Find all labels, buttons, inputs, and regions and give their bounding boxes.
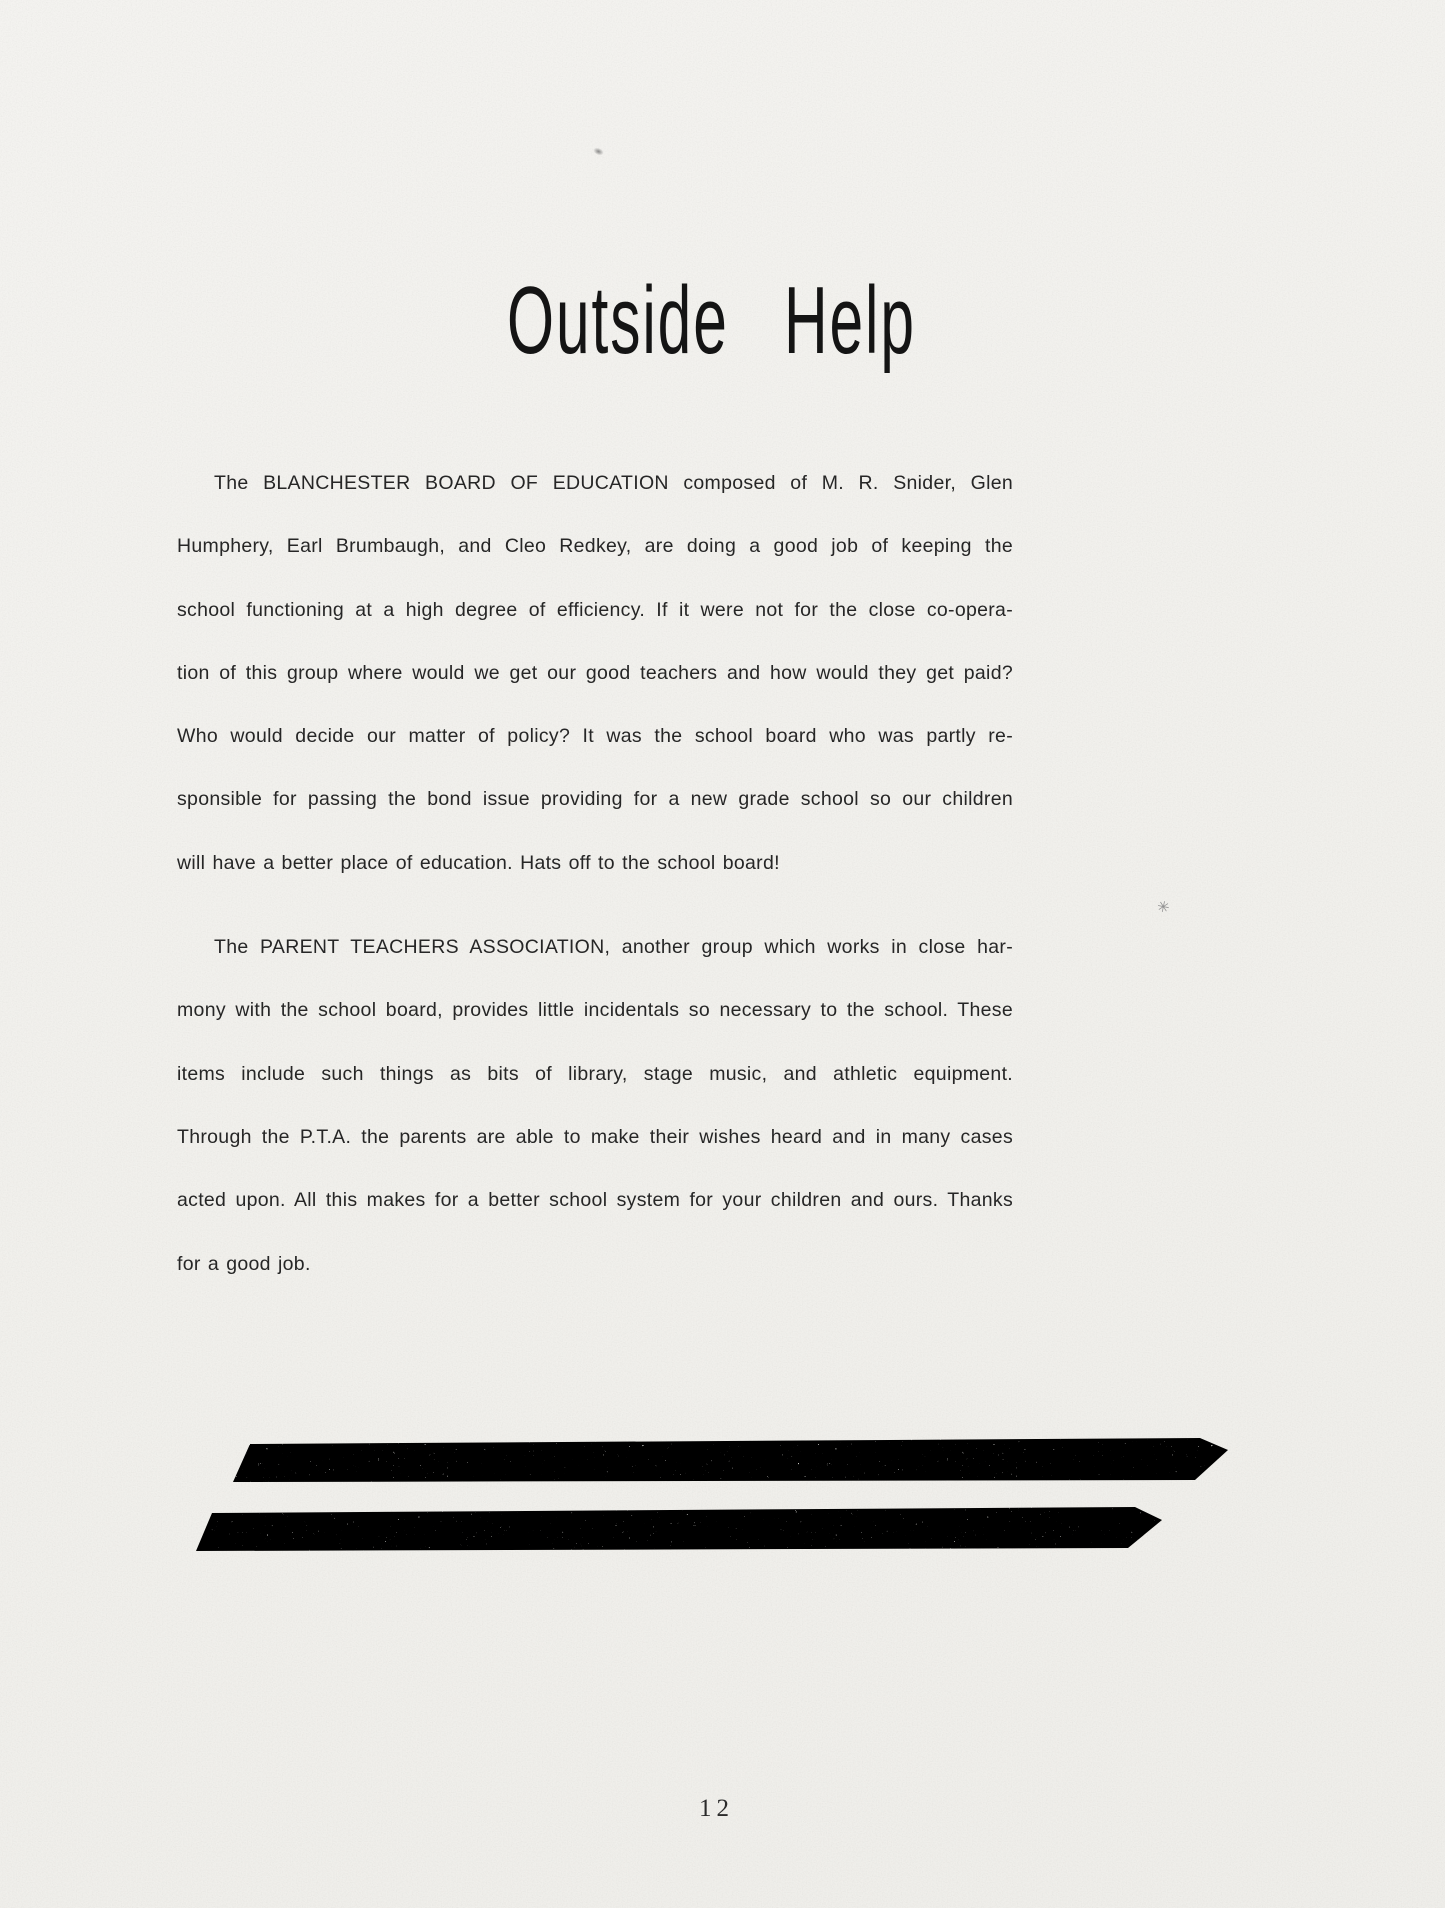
text-line: acted upon. All this makes for a better … [177,1169,1013,1232]
paragraph-pta: The PARENT TEACHERS ASSOCIATION, another… [177,916,1013,1296]
title-block: Outside Help [0,268,1434,374]
scan-asterisk-artifact: ✳ [1155,897,1171,917]
text-line: Through the P.T.A. the parents are able … [177,1106,1013,1169]
inked-out-lines [180,1432,1260,1567]
redaction-bar-1 [233,1438,1228,1482]
page-title: Outside Help [507,268,916,374]
text-line: items include such things as bits of lib… [177,1043,1013,1106]
scanned-yearbook-page: Outside Help The BLANCHESTER BOARD OF ED… [0,0,1445,1908]
paragraph-board-of-education: The BLANCHESTER BOARD OF EDUCATION compo… [177,452,1013,895]
page-number: 12 [0,1795,1439,1823]
text-line: will have a better place of education. H… [177,832,1013,895]
text-line: The PARENT TEACHERS ASSOCIATION, another… [177,916,1013,979]
text-line: Humphery, Earl Brumbaugh, and Cleo Redke… [177,515,1013,578]
text-line: The BLANCHESTER BOARD OF EDUCATION compo… [177,452,1013,515]
text-line: tion of this group where would we get ou… [177,642,1013,705]
body-text-column: The BLANCHESTER BOARD OF EDUCATION compo… [177,452,1013,1296]
redaction-bar-2 [196,1507,1162,1551]
scan-speck-artifact [592,146,605,157]
text-line: mony with the school board, provides lit… [177,979,1013,1042]
text-line: sponsible for passing the bond issue pro… [177,768,1013,831]
text-line: school functioning at a high degree of e… [177,579,1013,642]
text-line: for a good job. [177,1233,1013,1296]
text-line: Who would decide our matter of policy? I… [177,705,1013,768]
